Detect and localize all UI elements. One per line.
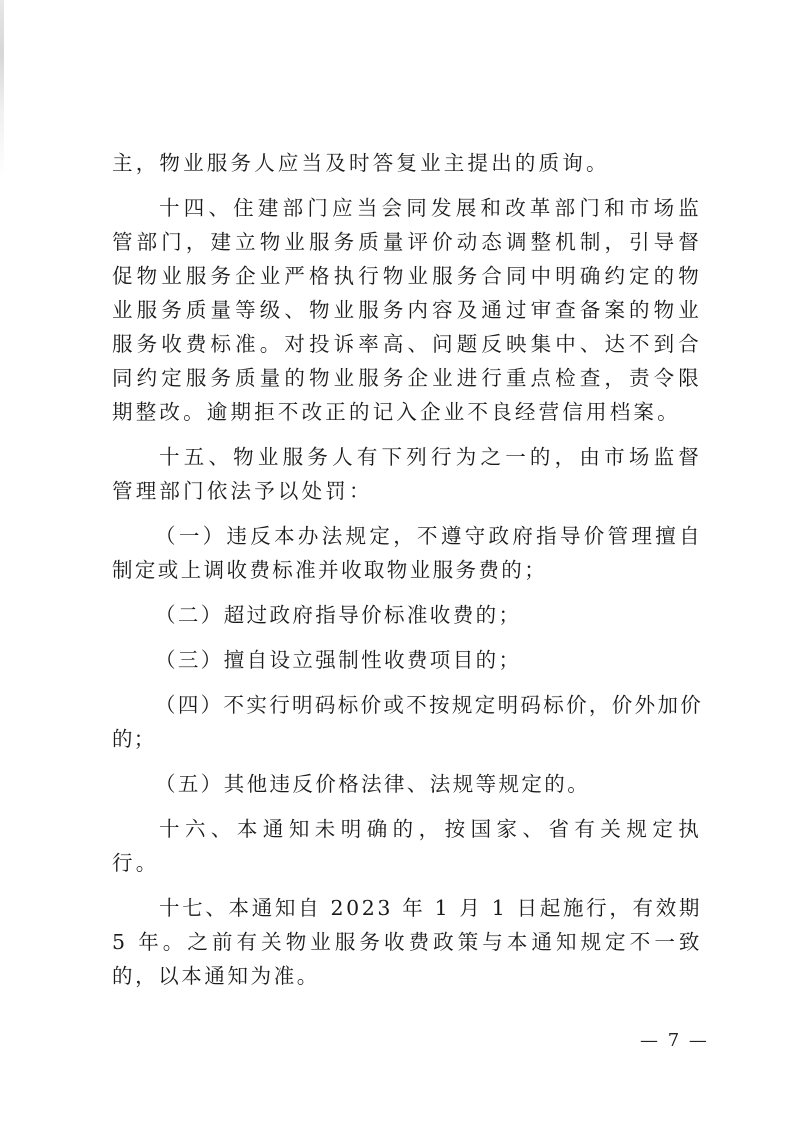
paragraph-continuation: 主，物业服务人应当及时答复业主提出的质询。 bbox=[112, 146, 702, 180]
paragraph-article-15-item-1: （一）违反本办法规定，不遵守政府指导价管理擅自制定或上调收费标准并收取物业服务费… bbox=[112, 519, 702, 587]
text-line: （三）擅自设立强制性收费项目的； bbox=[155, 648, 521, 672]
document-body: 主，物业服务人应当及时答复业主提出的质询。 十四、住建部门应当会同发展和改革部门… bbox=[112, 146, 702, 1004]
text-line: （四）不实行明码标价或不按规定明码标价，价外加价的； bbox=[112, 693, 702, 751]
text-line: 准。 bbox=[274, 964, 320, 988]
paragraph-article-15-item-5: （五）其他违反价格法律、法规等规定的。 bbox=[112, 767, 702, 801]
text-line: 上调收费标准并收取物业服务费的； bbox=[181, 558, 547, 582]
paragraph-article-15: 十五、物业服务人有下列行为之一的，由市场监督管理部门依法予以处罚： bbox=[112, 440, 702, 508]
text-line: 依法予以处罚： bbox=[207, 479, 373, 503]
text-line: （五）其他违反价格法律、法规等规定的。 bbox=[155, 772, 590, 796]
paragraph-article-15-item-4: （四）不实行明码标价或不按规定明码标价，价外加价的； bbox=[112, 688, 702, 756]
text-line: （二）超过政府指导价标准收费的； bbox=[155, 603, 521, 627]
paragraph-article-15-item-2: （二）超过政府指导价标准收费的； bbox=[112, 598, 702, 632]
paragraph-article-17: 十七、本通知自 2023 年 1 月 1 日起施行，有效期 5 年。之前有关物业… bbox=[112, 891, 702, 993]
paragraph-article-14: 十四、住建部门应当会同发展和改革部门和市场监管部门，建立物业服务质量评价动态调整… bbox=[112, 191, 702, 429]
page-number: — 7 — bbox=[640, 1030, 709, 1051]
paragraph-article-15-item-3: （三）擅自设立强制性收费项目的； bbox=[112, 643, 702, 677]
text-line: 主，物业服务人应当及时答复业主提出的质询。 bbox=[112, 146, 702, 180]
text-line: 十六、本通知未明确的，按国家、省有关规定执行。 bbox=[112, 817, 702, 875]
text-line: 十五、物业服务人有下列行为之一的，由市场监督管理部门 bbox=[112, 445, 702, 503]
paragraph-article-16: 十六、本通知未明确的，按国家、省有关规定执行。 bbox=[112, 812, 702, 880]
scan-edge-artifact bbox=[0, 0, 4, 180]
